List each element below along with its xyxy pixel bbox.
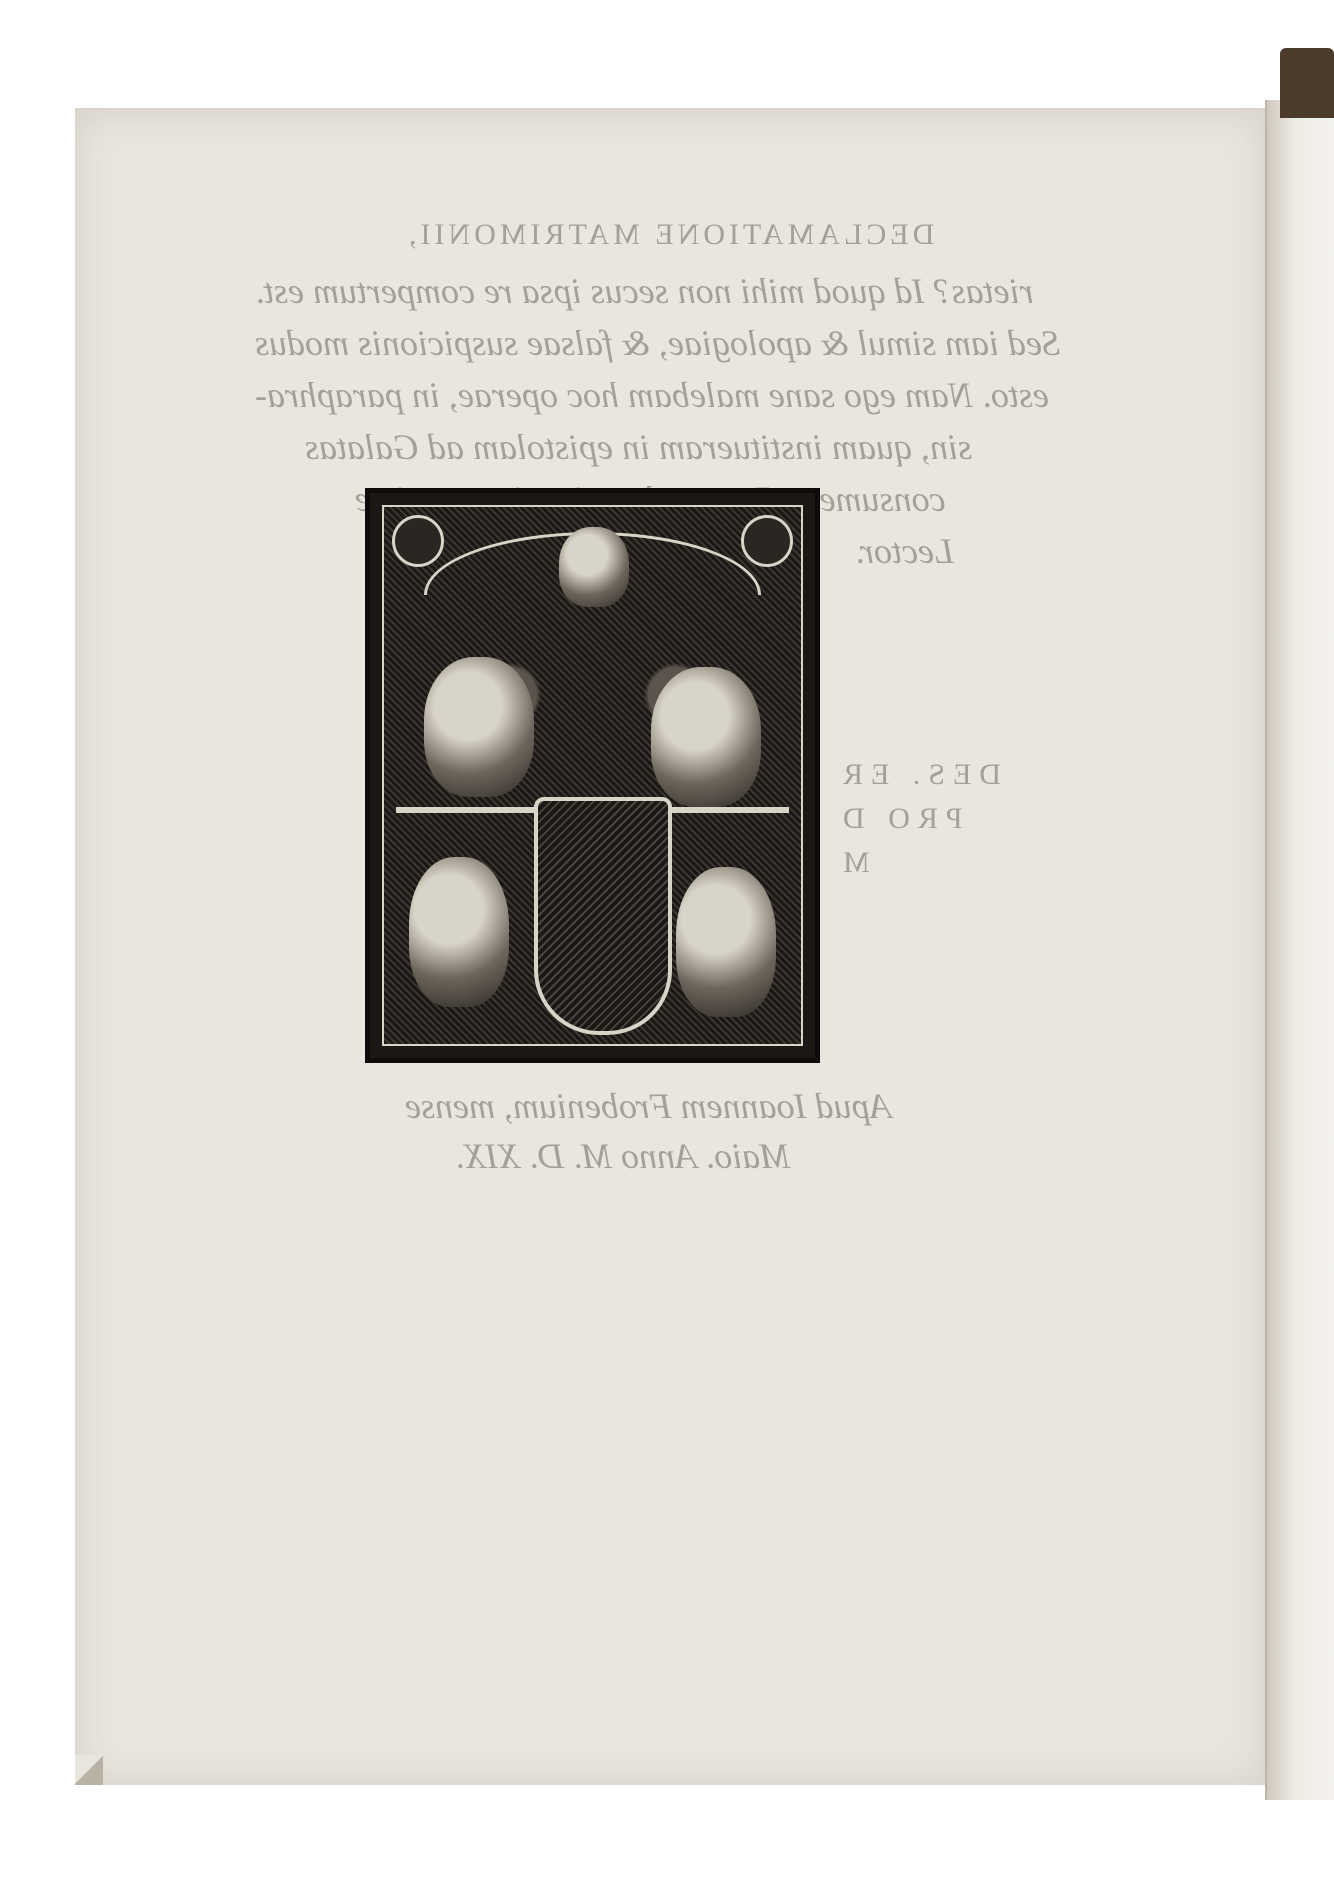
show-through-heading: DECLAMATIONE MATRIMONII, (405, 218, 934, 252)
bottom-right-cherub (676, 867, 776, 1017)
woodcut-printers-device (365, 488, 820, 1063)
show-through-line: sin, quam institueram in epistolam ad Ga… (305, 426, 972, 468)
woodcut-field (382, 505, 803, 1046)
show-through-line: Sed iam simul & apologiae, & falsae susp… (255, 322, 1060, 364)
rosette-icon (392, 515, 444, 567)
adjacent-page-leaves (1265, 100, 1334, 1800)
left-winged-cherub (424, 657, 534, 797)
rosette-icon (741, 515, 793, 567)
show-through-imprint: Apud Ioannem Frobenium, mense (405, 1085, 892, 1127)
show-through-line: Lector. (855, 530, 954, 572)
show-through-title: M (835, 846, 870, 880)
show-through-title: PRO D (835, 802, 963, 836)
show-through-imprint: Maio. Anno M. D. XIX. (455, 1135, 790, 1177)
show-through-line: esto. Nam ego sane malebam hoc operae, i… (255, 374, 1049, 416)
binding-tab (1280, 48, 1334, 118)
shield-emblem (534, 797, 672, 1035)
bottom-left-cherub (409, 857, 509, 1007)
top-cherub (559, 527, 629, 607)
show-through-title: DES. ER (835, 758, 1001, 792)
show-through-line: rietas? Id quod mihi non secus ipsa re c… (255, 270, 1034, 312)
page-corner-fold (75, 1755, 103, 1785)
right-winged-cherub (651, 667, 761, 807)
